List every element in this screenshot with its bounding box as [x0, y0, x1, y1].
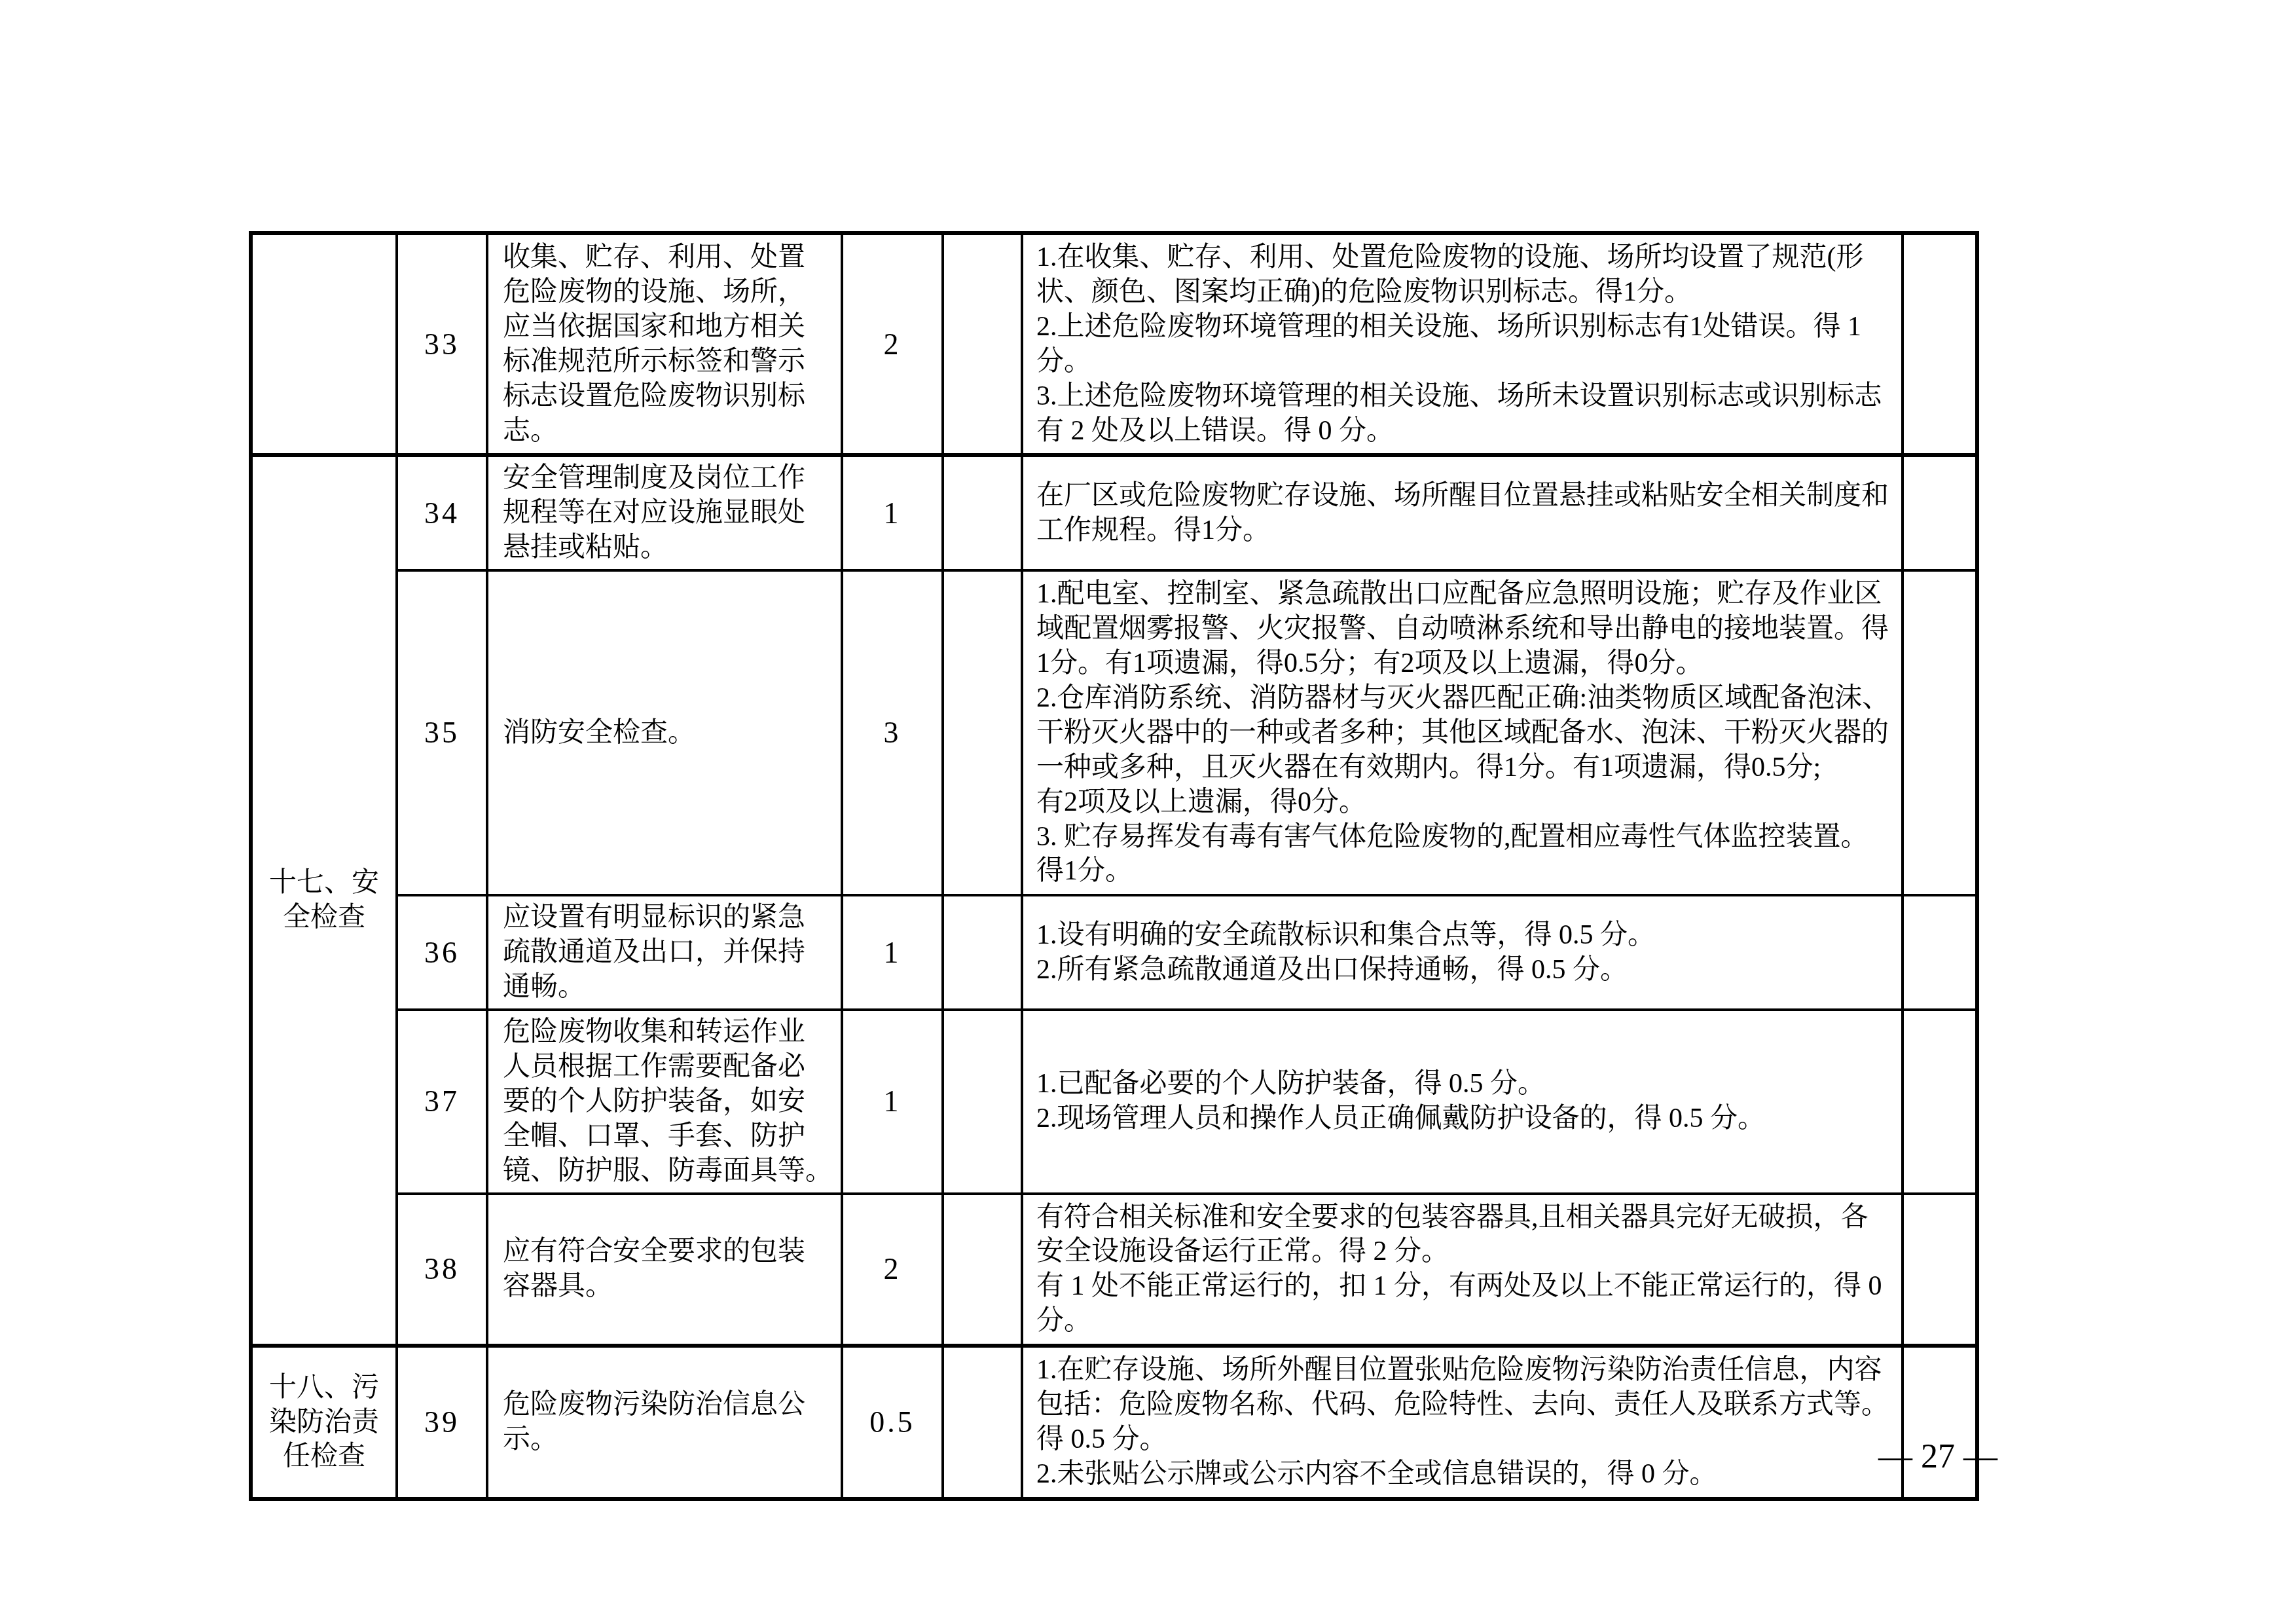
- row-number-cell: 33: [397, 233, 487, 455]
- table-row: 十七、安全检查 34 安全管理制度及岗位工作 规程等在对应设施显眼处 悬挂或粘贴…: [251, 455, 1977, 570]
- item-text: 危险废物收集和转运作业 人员根据工作需要配备必 要的个人防护装备，如安 全帽、口…: [488, 1011, 841, 1192]
- document-page: 33 收集、贮存、利用、处置 危险废物的设施、场所， 应当依据国家和地方相关 标…: [0, 0, 2296, 1624]
- item-cell: 安全管理制度及岗位工作 规程等在对应设施显眼处 悬挂或粘贴。: [487, 455, 842, 570]
- row-number: 34: [398, 494, 486, 532]
- item-cell: 收集、贮存、利用、处置 危险废物的设施、场所， 应当依据国家和地方相关 标准规范…: [487, 233, 842, 455]
- category-label: 十七、安全检查: [253, 863, 395, 938]
- criteria-cell: 1.已配备必要的个人防护装备，得 0.5 分。 2.现场管理人员和操作人员正确佩…: [1022, 1010, 1903, 1194]
- table-row: 36 应设置有明显标识的紧急 疏散通道及出口，并保持 通畅。 1 1.设有明确的…: [251, 895, 1977, 1010]
- score-value: 2: [843, 1250, 941, 1288]
- blank-cell: [943, 570, 1022, 895]
- score-cell: 2: [842, 1194, 943, 1346]
- item-cell: 消防安全检查。: [487, 570, 842, 895]
- item-cell: 危险废物收集和转运作业 人员根据工作需要配备必 要的个人防护装备，如安 全帽、口…: [487, 1010, 842, 1194]
- item-text: 安全管理制度及岗位工作 规程等在对应设施显眼处 悬挂或粘贴。: [488, 457, 841, 569]
- criteria-cell: 1.在贮存设施、场所外醒目位置张贴危险废物污染防治责任信息，内容 包括：危险废物…: [1022, 1346, 1903, 1499]
- item-text: 应设置有明显标识的紧急 疏散通道及出口，并保持 通畅。: [488, 896, 841, 1008]
- inspection-table: 33 收集、贮存、利用、处置 危险废物的设施、场所， 应当依据国家和地方相关 标…: [249, 231, 1979, 1501]
- table-row: 33 收集、贮存、利用、处置 危险废物的设施、场所， 应当依据国家和地方相关 标…: [251, 233, 1977, 455]
- blank-cell: [1903, 570, 1977, 895]
- blank-cell: [943, 1346, 1022, 1499]
- row-number: 33: [398, 325, 486, 363]
- score-cell: 2: [842, 233, 943, 455]
- score-cell: 1: [842, 1010, 943, 1194]
- blank-cell: [1903, 895, 1977, 1010]
- row-number: 37: [398, 1082, 486, 1120]
- item-cell: 应设置有明显标识的紧急 疏散通道及出口，并保持 通畅。: [487, 895, 842, 1010]
- blank-cell: [1903, 1010, 1977, 1194]
- criteria-cell: 1.配电室、控制室、紧急疏散出口应配备应急照明设施；贮存及作业区 域配置烟雾报警…: [1022, 570, 1903, 895]
- criteria-cell: 1.设有明确的安全疏散标识和集合点等，得 0.5 分。 2.所有紧急疏散通道及出…: [1022, 895, 1903, 1010]
- criteria-text: 1.已配备必要的个人防护装备，得 0.5 分。 2.现场管理人员和操作人员正确佩…: [1023, 1061, 1901, 1141]
- blank-cell: [943, 1010, 1022, 1194]
- score-cell: 1: [842, 895, 943, 1010]
- table-row: 37 危险废物收集和转运作业 人员根据工作需要配备必 要的个人防护装备，如安 全…: [251, 1010, 1977, 1194]
- score-value: 1: [843, 934, 941, 972]
- score-value: 1: [843, 1082, 941, 1120]
- category-cell-18: 十八、污染防治责任检查: [251, 1346, 397, 1499]
- score-value: 0.5: [843, 1403, 941, 1441]
- category-cell-17: 十七、安全检查: [251, 455, 397, 1346]
- score-cell: 1: [842, 455, 943, 570]
- item-cell: 危险废物污染防治信息公 示。: [487, 1346, 842, 1499]
- row-number-cell: 35: [397, 570, 487, 895]
- row-number-cell: 39: [397, 1346, 487, 1499]
- blank-cell: [1903, 1194, 1977, 1346]
- criteria-text: 1.设有明确的安全疏散标识和集合点等，得 0.5 分。 2.所有紧急疏散通道及出…: [1023, 913, 1901, 993]
- row-number-cell: 36: [397, 895, 487, 1010]
- criteria-text: 1.配电室、控制室、紧急疏散出口应配备应急照明设施；贮存及作业区 域配置烟雾报警…: [1023, 572, 1901, 894]
- score-value: 2: [843, 325, 941, 363]
- item-cell: 应有符合安全要求的包装 容器具。: [487, 1194, 842, 1346]
- criteria-text: 有符合相关标准和安全要求的包装容器具,且相关器具完好无破损，各 安全设施设备运行…: [1023, 1195, 1901, 1344]
- row-number-cell: 38: [397, 1194, 487, 1346]
- category-label: 十八、污染防治责任检查: [253, 1368, 395, 1477]
- blank-cell: [943, 455, 1022, 570]
- row-number-cell: 34: [397, 455, 487, 570]
- criteria-cell: 1.在收集、贮存、利用、处置危险废物的设施、场所均设置了规范(形 状、颜色、图案…: [1022, 233, 1903, 455]
- criteria-cell: 有符合相关标准和安全要求的包装容器具,且相关器具完好无破损，各 安全设施设备运行…: [1022, 1194, 1903, 1346]
- row-number: 38: [398, 1250, 486, 1288]
- criteria-text: 在厂区或危险废物贮存设施、场所醒目位置悬挂或粘贴安全相关制度和 工作规程。得1分…: [1023, 473, 1901, 553]
- table-row: 十八、污染防治责任检查 39 危险废物污染防治信息公 示。 0.5 1.在贮存设…: [251, 1346, 1977, 1499]
- table-row: 38 应有符合安全要求的包装 容器具。 2 有符合相关标准和安全要求的包装容器具…: [251, 1194, 1977, 1346]
- criteria-text: 1.在收集、贮存、利用、处置危险废物的设施、场所均设置了规范(形 状、颜色、图案…: [1023, 235, 1901, 453]
- score-value: 3: [843, 714, 941, 752]
- item-text: 消防安全检查。: [488, 712, 841, 754]
- blank-cell: [943, 1194, 1022, 1346]
- blank-cell: [943, 233, 1022, 455]
- item-text: 危险废物污染防治信息公 示。: [488, 1384, 841, 1461]
- row-number: 39: [398, 1403, 486, 1441]
- criteria-cell: 在厂区或危险废物贮存设施、场所醒目位置悬挂或粘贴安全相关制度和 工作规程。得1分…: [1022, 455, 1903, 570]
- row-number: 35: [398, 714, 486, 752]
- blank-cell: [1903, 455, 1977, 570]
- page-number: — 27 —: [1813, 1437, 2062, 1476]
- table-row: 35 消防安全检查。 3 1.配电室、控制室、紧急疏散出口应配备应急照明设施；贮…: [251, 570, 1977, 895]
- item-text: 应有符合安全要求的包装 容器具。: [488, 1230, 841, 1308]
- item-text: 收集、贮存、利用、处置 危险废物的设施、场所， 应当依据国家和地方相关 标准规范…: [488, 236, 841, 452]
- score-value: 1: [843, 494, 941, 532]
- score-cell: 0.5: [842, 1346, 943, 1499]
- criteria-text: 1.在贮存设施、场所外醒目位置张贴危险废物污染防治责任信息，内容 包括：危险废物…: [1023, 1348, 1901, 1497]
- row-number: 36: [398, 934, 486, 972]
- score-cell: 3: [842, 570, 943, 895]
- blank-cell: [943, 895, 1022, 1010]
- blank-cell: [1903, 233, 1977, 455]
- category-cell-empty: [251, 233, 397, 455]
- row-number-cell: 37: [397, 1010, 487, 1194]
